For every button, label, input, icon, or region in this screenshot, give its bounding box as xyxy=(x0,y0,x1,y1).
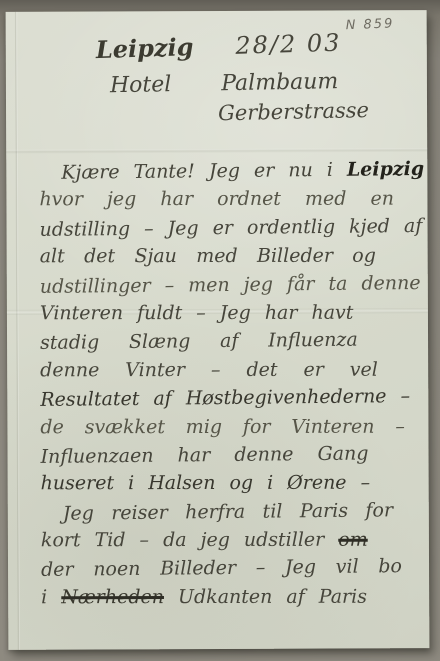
letter-line: i Nærheden Udkanten af Paris xyxy=(41,582,421,611)
letter-line: hvor jeg har ordnet med en xyxy=(39,185,419,214)
letter-line: Influenzaen har denne Gang xyxy=(40,439,420,471)
letter-line-segment: udstillinger – men jeg får ta denne xyxy=(40,272,421,298)
letter-line-segment: Resultatet af Høstbegivenhederne – xyxy=(40,385,410,411)
letter-line-segment: huseret i Halsen og i Ørene – xyxy=(41,472,370,495)
letter-line: alt det Sjau med Billeder og xyxy=(40,242,420,271)
letter-line-segment: i xyxy=(41,586,61,608)
letter-place: Leipzig xyxy=(95,32,193,64)
letter-line: Jeg reiser herfra til Paris for xyxy=(41,496,421,528)
letter-line-segment: Vinteren fuldt – Jeg har havt xyxy=(40,302,354,325)
letter-line: stadig Slæng af Influenza xyxy=(40,325,420,357)
letter-line: udstillinger – men jeg får ta denne xyxy=(40,269,420,301)
letter-body: Kjære Tante! Jeg er nu i Leipzighvor jeg… xyxy=(39,156,421,612)
letter-line: denne Vinter – det er vel xyxy=(40,355,420,384)
photo-backdrop: N 859 Leipzig 28/2 03 Hotel Palmbaum Ger… xyxy=(0,0,440,661)
letter-line-segment: der noen Billeder – Jeg vil bo xyxy=(41,556,402,582)
letter-date: 28/2 03 xyxy=(235,29,342,60)
letter-line-segment: alt det Sjau med Billeder og xyxy=(40,245,376,268)
letter-line-segment: Leipzig xyxy=(347,158,424,181)
letter-line: kort Tid – da jeg udstiller om xyxy=(41,526,421,555)
letter-line: Kjære Tante! Jeg er nu i Leipzig xyxy=(39,155,419,187)
letter-line-segment: Udkanten af Paris xyxy=(164,586,367,608)
letter-line: der noen Billeder – Jeg vil bo xyxy=(41,552,421,584)
letter-line-segment: stadig Slæng af Influenza xyxy=(40,329,358,354)
letter-line-segment: denne Vinter – det er vel xyxy=(40,358,378,381)
letter-line: Vinteren fuldt – Jeg har havt xyxy=(40,299,420,328)
hotel-name: Palmbaum xyxy=(221,69,339,96)
letter-line-segment: Influenzaen har denne Gang xyxy=(40,442,368,467)
fold-crease-vertical xyxy=(15,12,21,650)
fold-crease-horizontal xyxy=(6,148,427,154)
letter-page: N 859 Leipzig 28/2 03 Hotel Palmbaum Ger… xyxy=(6,10,430,650)
letter-line-segment: hvor jeg har ordnet med en xyxy=(39,188,394,211)
letter-head: Leipzig 28/2 03 Hotel Palmbaum Gerberstr… xyxy=(96,30,369,124)
struck-word: om xyxy=(338,529,368,551)
hotel-word: Hotel xyxy=(110,72,172,98)
street-name: Gerberstrasse xyxy=(218,98,369,125)
letter-line: huseret i Halsen og i Ørene – xyxy=(41,469,421,498)
letter-line: de svækket mig for Vinteren – xyxy=(40,412,420,441)
letter-line-segment: Jeg reiser herfra til Paris for xyxy=(63,499,393,524)
letter-line: Resultatet af Høstbegivenhederne – xyxy=(40,382,420,414)
letter-line-segment: udstilling – Jeg er ordentlig kjed af xyxy=(39,215,422,241)
letter-line-segment: de svækket mig for Vinteren – xyxy=(40,415,404,438)
letter-line-segment: Kjære Tante! Jeg er nu i xyxy=(61,159,347,184)
letter-line: udstilling – Jeg er ordentlig kjed af xyxy=(39,212,419,244)
struck-word: Nærheden xyxy=(61,586,164,608)
letter-line-segment: kort Tid – da jeg udstiller xyxy=(41,529,338,552)
